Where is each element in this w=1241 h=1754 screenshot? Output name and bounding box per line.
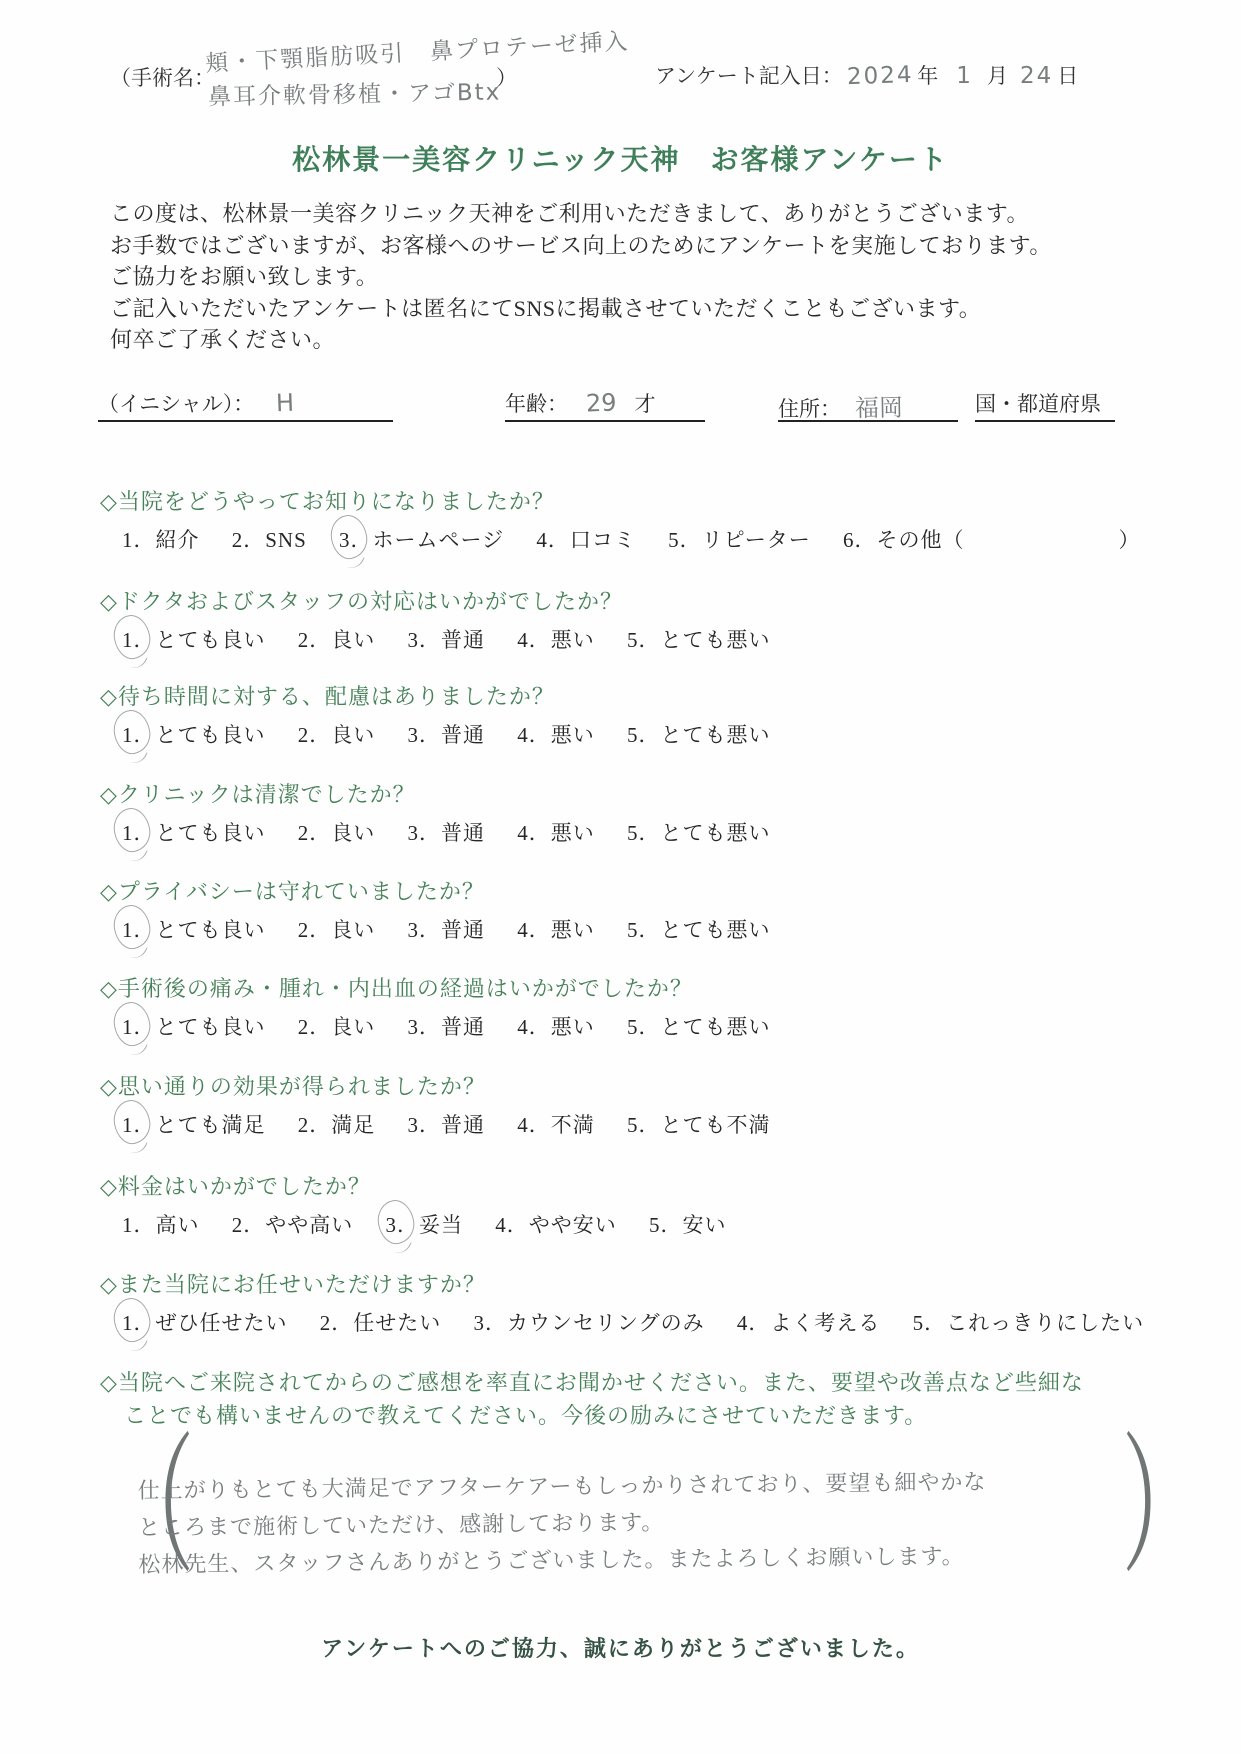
- option-number: 1．: [122, 524, 156, 554]
- option-number: 4．: [536, 524, 570, 554]
- option: 3．普通: [408, 918, 486, 942]
- intro-paragraph: この度は、松林景一美容クリニック天神をご利用いただきまして、ありがとうございます…: [110, 198, 1052, 356]
- option: 4．悪い: [517, 723, 595, 747]
- option-number: 5．: [649, 1209, 683, 1239]
- option-number: 1．: [122, 719, 156, 749]
- survey-date: アンケート記入日： 2024 年 1 月 24 日: [655, 60, 1078, 90]
- age-label: 年齢：: [505, 392, 568, 416]
- question-block: ◇当院をどうやってお知りになりましたか？ 1．紹介 2．SNS 3．ホームページ…: [100, 489, 1167, 554]
- option-number: 3．: [408, 1011, 442, 1041]
- option: 5．リピーター: [668, 528, 811, 552]
- option: 3．普通: [408, 1113, 486, 1137]
- option-label: とても不満: [661, 1113, 771, 1137]
- option-number: 1．: [122, 1209, 156, 1239]
- option-number: 4．: [737, 1307, 771, 1337]
- option: 2．良い: [298, 821, 376, 845]
- option-label: ぜひ任せたい: [156, 1311, 288, 1335]
- option: 2．SNS: [232, 528, 307, 552]
- option: 3．普通: [408, 723, 486, 747]
- question-options: 1．紹介 2．SNS 3．ホームページ 4．口コミ 5．リピーター 6．その他（…: [122, 524, 1167, 554]
- option: 3．カウンセリングのみ: [474, 1311, 705, 1335]
- survey-date-label: アンケート記入日：: [655, 64, 843, 88]
- intro-line: お手数ではございますが、お客様へのサービス向上のためにアンケートを実施しておりま…: [110, 230, 1052, 262]
- surgery-name-handwritten-line2: 鼻耳介軟骨移植・アゴBtx: [208, 73, 502, 111]
- option: 5．安い: [649, 1213, 727, 1237]
- footer-thanks: アンケートへのご協力、誠にありがとうございました。: [0, 1632, 1241, 1663]
- question-title: ◇プライバシーは守れていましたか？: [100, 879, 797, 905]
- question-title: ◇ドクタおよびスタッフの対応はいかがでしたか？: [100, 589, 797, 615]
- option-number: 5．: [627, 1109, 661, 1139]
- intro-line: 何卒ご了承ください。: [110, 324, 1052, 356]
- option: 3．普通: [408, 628, 486, 652]
- option: 2．満足: [298, 1113, 376, 1137]
- option-label: 良い: [331, 628, 375, 652]
- option-label: とても悪い: [661, 723, 771, 747]
- option-number: 3．: [408, 624, 442, 654]
- option-number: 4．: [495, 1209, 529, 1239]
- option-number: 4．: [517, 719, 551, 749]
- option-label: 満足: [331, 1113, 375, 1137]
- option-number: 2．: [232, 1209, 266, 1239]
- option-number: 5．: [627, 624, 661, 654]
- option: 2．良い: [298, 918, 376, 942]
- option: 4．やや安い: [495, 1213, 617, 1237]
- option: 1．とても良い: [122, 723, 266, 747]
- option: 1．高い: [122, 1213, 200, 1237]
- option: 1．とても良い: [122, 1015, 266, 1039]
- option-number: 1．: [122, 914, 156, 944]
- option-label: やや安い: [529, 1213, 617, 1237]
- option: 5．とても悪い: [627, 723, 771, 747]
- question-title: ◇当院をどうやってお知りになりましたか？: [100, 489, 1167, 515]
- option-label: 悪い: [551, 628, 595, 652]
- question-options: 1．とても満足 2．満足 3．普通 4．不満 5．とても不満: [122, 1109, 797, 1139]
- option-label: 普通: [441, 821, 485, 845]
- initial-field: （イニシャル）： H: [98, 388, 393, 422]
- intro-line: ご協力をお願い致します。: [110, 261, 1052, 293]
- option-number: 5．: [627, 914, 661, 944]
- option-label: 普通: [441, 628, 485, 652]
- option-number: 1．: [122, 817, 156, 847]
- question-block: ◇待ち時間に対する、配慮はありましたか？ 1．とても良い 2．良い 3．普通 4…: [100, 684, 797, 749]
- option-number: 5．: [913, 1307, 947, 1337]
- option-label: 普通: [441, 1113, 485, 1137]
- option-label: 妥当: [419, 1213, 463, 1237]
- surgery-name-handwritten-line1: 頬・下顎脂肪吸引 鼻プロテーゼ挿入: [204, 23, 630, 78]
- question-title: ◇また当院にお任せいただけますか？: [100, 1272, 1170, 1298]
- option-label: 安い: [683, 1213, 727, 1237]
- option: 1．とても良い: [122, 628, 266, 652]
- option: 2．良い: [298, 1015, 376, 1039]
- question-block: ◇また当院にお任せいただけますか？ 1．ぜひ任せたい 2．任せたい 3．カウンセ…: [100, 1272, 1170, 1337]
- question-title: ◇待ち時間に対する、配慮はありましたか？: [100, 684, 797, 710]
- age-field: 年齢： 29 才: [505, 388, 705, 422]
- option-number: 4．: [517, 624, 551, 654]
- option-number: 2．: [298, 1109, 332, 1139]
- option-number: 3．: [386, 1209, 420, 1239]
- option-label: 紹介: [156, 528, 200, 552]
- option-label: 悪い: [551, 723, 595, 747]
- option: 4．悪い: [517, 1015, 595, 1039]
- option: 2．良い: [298, 723, 376, 747]
- question-block: ◇プライバシーは守れていましたか？ 1．とても良い 2．良い 3．普通 4．悪い…: [100, 879, 797, 944]
- option-number: 5．: [668, 524, 702, 554]
- option-label: とても悪い: [661, 628, 771, 652]
- option-number: 2．: [320, 1307, 354, 1337]
- option-label: 悪い: [551, 821, 595, 845]
- question-options: 1．ぜひ任せたい 2．任せたい 3．カウンセリングのみ 4．よく考える 5．これ…: [122, 1307, 1170, 1337]
- option-label: 良い: [331, 918, 375, 942]
- option-number: 2．: [298, 914, 332, 944]
- option-number: 1．: [122, 624, 156, 654]
- option-number: 3．: [408, 1109, 442, 1139]
- survey-date-year-unit: 年: [917, 64, 938, 88]
- option: 3．普通: [408, 1015, 486, 1039]
- option-label: リピーター: [702, 528, 811, 552]
- survey-date-year-value: 2024: [846, 62, 913, 90]
- option-number: 4．: [517, 1011, 551, 1041]
- option-label: とても良い: [156, 918, 266, 942]
- free-comment-question-line1: ◇当院へご来院されてからのご感想を率直にお聞かせください。また、要望や改善点など…: [100, 1366, 1084, 1399]
- option-label: とても良い: [156, 1015, 266, 1039]
- address-field: 住所： 福岡: [778, 388, 958, 422]
- option-label: 口コミ: [570, 528, 636, 552]
- option-number: 1．: [122, 1109, 156, 1139]
- option-label: カウンセリングのみ: [507, 1311, 705, 1335]
- option: 4．不満: [517, 1113, 595, 1137]
- option-number: 2．: [298, 624, 332, 654]
- survey-date-day-value: 24: [1020, 63, 1053, 89]
- page-title: 松林景一美容クリニック天神 お客様アンケート: [0, 138, 1241, 178]
- intro-line: この度は、松林景一美容クリニック天神をご利用いただきまして、ありがとうございます…: [110, 198, 1052, 230]
- option-number: 3．: [339, 524, 373, 554]
- option: 3．妥当: [386, 1213, 464, 1237]
- question-options: 1．高い 2．やや高い 3．妥当 4．やや安い 5．安い: [122, 1209, 753, 1239]
- option: 4．よく考える: [737, 1311, 881, 1335]
- option-label: 悪い: [551, 1015, 595, 1039]
- option-label: 良い: [331, 821, 375, 845]
- option: 1．紹介: [122, 528, 200, 552]
- option-label: 普通: [441, 918, 485, 942]
- question-block: ◇ドクタおよびスタッフの対応はいかがでしたか？ 1．とても良い 2．良い 3．普…: [100, 589, 797, 654]
- option-label: よく考える: [770, 1311, 880, 1335]
- option-label: 良い: [331, 723, 375, 747]
- question-title: ◇クリニックは清潔でしたか？: [100, 782, 797, 808]
- option: 5．これっきりにしたい: [913, 1311, 1145, 1335]
- option-label: SNS: [265, 528, 307, 552]
- option: 2．任せたい: [320, 1311, 442, 1335]
- surgery-name-close-paren: ）: [496, 62, 517, 92]
- age-value-handwritten: 29: [586, 388, 618, 417]
- surgery-name-label: （手術名：: [110, 62, 215, 92]
- option-label: とても良い: [156, 821, 266, 845]
- survey-date-day-unit: 日: [1057, 64, 1078, 88]
- question-block: ◇クリニックは清潔でしたか？ 1．とても良い 2．良い 3．普通 4．悪い 5．…: [100, 782, 797, 847]
- option-label: とても悪い: [661, 1015, 771, 1039]
- survey-document: （手術名： 頬・下顎脂肪吸引 鼻プロテーゼ挿入 鼻耳介軟骨移植・アゴBtx ） …: [0, 0, 1241, 1754]
- question-title: ◇手術後の痛み・腫れ・内出血の経過はいかがでしたか？: [100, 976, 797, 1002]
- option: 1．とても満足: [122, 1113, 266, 1137]
- region-field: 国・都道府県: [975, 388, 1115, 422]
- option-number: 2．: [298, 1011, 332, 1041]
- question-options: 1．とても良い 2．良い 3．普通 4．悪い 5．とても悪い: [122, 914, 797, 944]
- question-options: 1．とても良い 2．良い 3．普通 4．悪い 5．とても悪い: [122, 719, 797, 749]
- option: 5．とても悪い: [627, 1015, 771, 1039]
- option-label: 任せたい: [353, 1311, 441, 1335]
- option-label: とても悪い: [661, 821, 771, 845]
- option-number: 4．: [517, 1109, 551, 1139]
- option: 2．やや高い: [232, 1213, 354, 1237]
- option-number: 5．: [627, 719, 661, 749]
- option: 5．とても悪い: [627, 821, 771, 845]
- question-title: ◇料金はいかがでしたか？: [100, 1174, 753, 1200]
- option-label: これっきりにしたい: [946, 1311, 1144, 1335]
- option-label: 悪い: [551, 918, 595, 942]
- survey-date-month-value: 1: [956, 63, 973, 89]
- option: 1．ぜひ任せたい: [122, 1311, 288, 1335]
- option-label: 普通: [441, 1015, 485, 1039]
- question-options: 1．とても良い 2．良い 3．普通 4．悪い 5．とても悪い: [122, 1011, 797, 1041]
- option: 4．悪い: [517, 821, 595, 845]
- option: 3．ホームページ: [339, 528, 504, 552]
- option-number: 4．: [517, 817, 551, 847]
- question-block: ◇思い通りの効果が得られましたか？ 1．とても満足 2．満足 3．普通 4．不満…: [100, 1074, 797, 1139]
- address-label: 住所：: [778, 397, 841, 421]
- option: 1．とても良い: [122, 821, 266, 845]
- option-label: 不満: [551, 1113, 595, 1137]
- option-label: ホームページ: [373, 528, 505, 552]
- feedback-close-paren: ）: [1122, 1432, 1205, 1582]
- survey-date-month-unit: 月: [987, 64, 1008, 88]
- question-block: ◇料金はいかがでしたか？ 1．高い 2．やや高い 3．妥当 4．やや安い 5．安…: [100, 1174, 753, 1239]
- initial-label: （イニシャル）：: [98, 392, 254, 416]
- option: 2．良い: [298, 628, 376, 652]
- option: 4．悪い: [517, 628, 595, 652]
- option-number: 3．: [474, 1307, 508, 1337]
- option: 6．その他（ ）: [843, 528, 1141, 552]
- question-options: 1．とても良い 2．良い 3．普通 4．悪い 5．とても悪い: [122, 624, 797, 654]
- option-label: とても満足: [156, 1113, 266, 1137]
- option: 1．とても良い: [122, 918, 266, 942]
- question-options: 1．とても良い 2．良い 3．普通 4．悪い 5．とても悪い: [122, 817, 797, 847]
- option-label: やや高い: [265, 1213, 353, 1237]
- option: 4．悪い: [517, 918, 595, 942]
- option-number: 5．: [627, 817, 661, 847]
- option: 5．とても悪い: [627, 628, 771, 652]
- age-unit: 才: [635, 392, 656, 416]
- option-number: 2．: [298, 817, 332, 847]
- option-label: とても悪い: [661, 918, 771, 942]
- option-number: 3．: [408, 914, 442, 944]
- option-label: その他（ ）: [877, 528, 1141, 552]
- option-label: 良い: [331, 1015, 375, 1039]
- option-number: 6．: [843, 524, 877, 554]
- option-label: 普通: [441, 723, 485, 747]
- free-comment-question-line2: ことでも構いませんので教えてください。今後の励みにさせていただきます。: [124, 1399, 1084, 1432]
- option-number: 3．: [408, 719, 442, 749]
- intro-line: ご記入いただいたアンケートは匿名にてSNSに掲載させていただくこともございます。: [110, 293, 1052, 325]
- option-number: 1．: [122, 1307, 156, 1337]
- option-label: とても良い: [156, 628, 266, 652]
- option-number: 5．: [627, 1011, 661, 1041]
- option-label: とても良い: [156, 723, 266, 747]
- question-block: ◇手術後の痛み・腫れ・内出血の経過はいかがでしたか？ 1．とても良い 2．良い …: [100, 976, 797, 1041]
- option-number: 1．: [122, 1011, 156, 1041]
- option-label: 高い: [156, 1213, 200, 1237]
- option-number: 3．: [408, 817, 442, 847]
- free-comment-question: ◇当院へご来院されてからのご感想を率直にお聞かせください。また、要望や改善点など…: [100, 1366, 1084, 1432]
- initial-value-handwritten: H: [276, 389, 295, 418]
- option: 4．口コミ: [536, 528, 636, 552]
- option: 5．とても悪い: [627, 918, 771, 942]
- address-value-handwritten: 福岡: [855, 388, 904, 424]
- region-label: 国・都道府県: [975, 392, 1101, 416]
- question-title: ◇思い通りの効果が得られましたか？: [100, 1074, 797, 1100]
- option-number: 2．: [298, 719, 332, 749]
- option-number: 2．: [232, 524, 266, 554]
- feedback-handwritten: 仕上がりもとても大満足でアフターケアーもしっかりされており、要望も細やかな とこ…: [137, 1463, 1098, 1584]
- option-number: 4．: [517, 914, 551, 944]
- option: 3．普通: [408, 821, 486, 845]
- option: 5．とても不満: [627, 1113, 771, 1137]
